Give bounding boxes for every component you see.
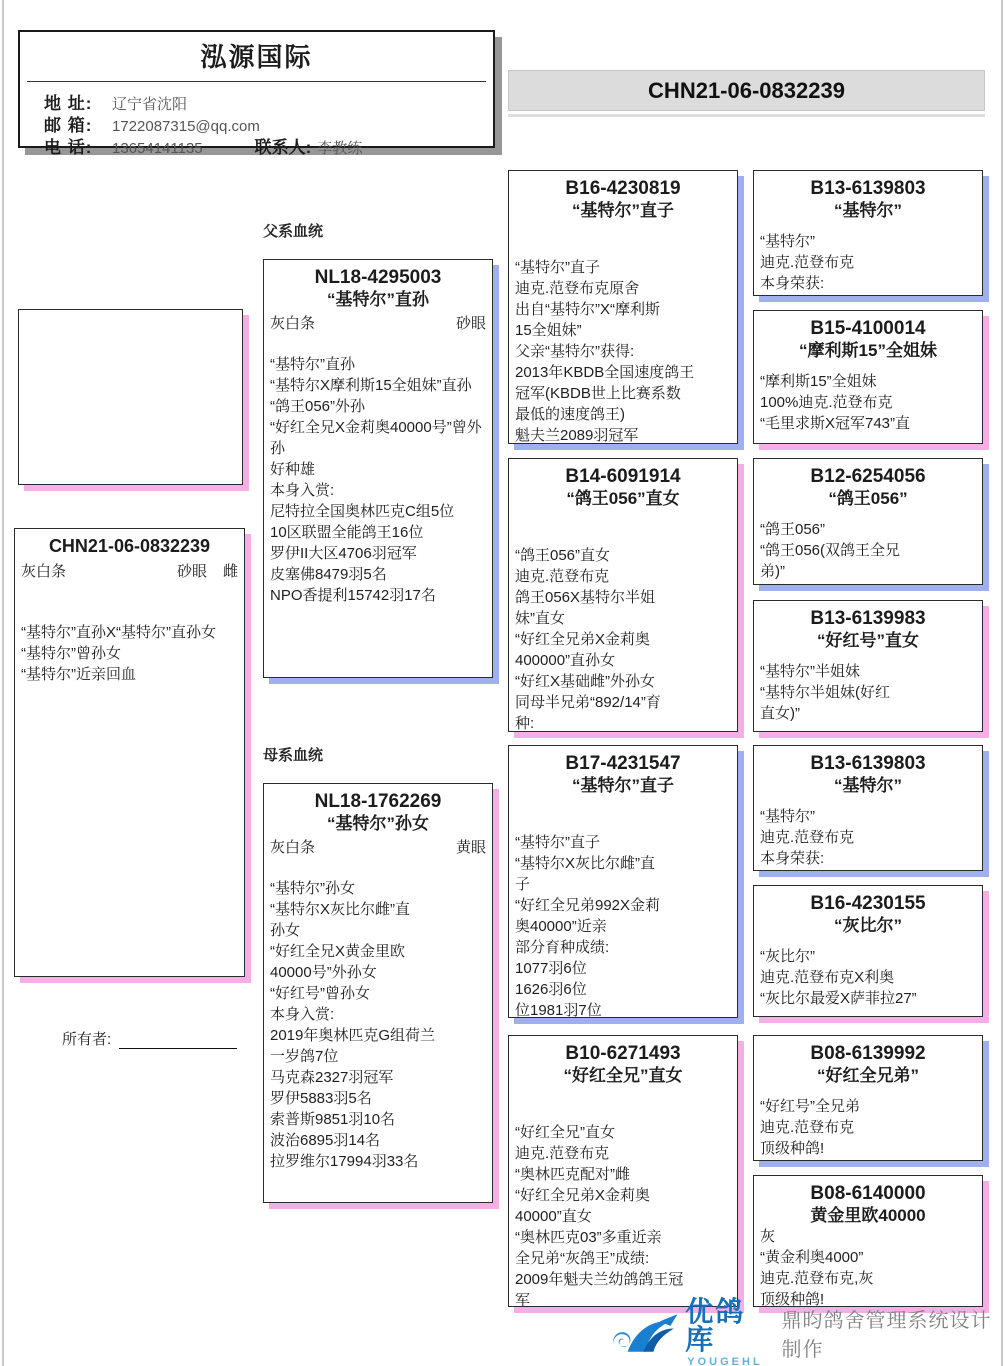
page-right-edge (1001, 0, 1003, 1366)
loft-contact-rows: 地 址: 辽宁省沈阳 邮 箱: 1722087315@qq.com 电 话: 1… (20, 82, 493, 155)
great-grandparent-box-5: B13-6139803 “基特尔” “基特尔” 迪克.范登布克 本身荣获: (753, 745, 983, 871)
description: “好红全兄”直女 迪克.范登布克 “奥林匹克配对”雌 “好红全兄弟X金莉奥 40… (515, 1122, 731, 1311)
ring-number: B15-4100014 (760, 315, 976, 340)
ring-number: B17-4231547 (515, 750, 731, 775)
description: “好红号”全兄弟 迪克.范登布克 顶级种鸽! (760, 1096, 976, 1159)
yougeku-bird-logo-icon (608, 1308, 679, 1358)
pigeon-name: “基特尔”直子 (515, 200, 731, 221)
phone-label: 电 话: (44, 133, 106, 158)
ring-number: B08-6140000 (760, 1180, 976, 1205)
ring-number: B16-4230155 (760, 890, 976, 915)
great-grandparent-box-2: B15-4100014 “摩利斯15”全姐妹 “摩利斯15”全姐妹 100%迪克… (753, 310, 983, 444)
pigeon-name: “基特尔” (760, 775, 976, 796)
pedigree-page: 泓源国际 地 址: 辽宁省沈阳 邮 箱: 1722087315@qq.com 电… (0, 0, 1006, 1366)
pigeon-name: “基特尔” (760, 200, 976, 221)
ring-number: B13-6139803 (760, 750, 976, 775)
father-box: NL18-4295003 “基特尔”直孙 灰白条 砂眼 “基特尔”直孙 “基特尔… (263, 259, 493, 678)
subject-color: 灰白条 (21, 561, 66, 582)
mother-eye: 黄眼 (456, 837, 486, 858)
subject-eye: 砂眼 (177, 561, 207, 582)
description: 灰 “黄金利奥4000” 迪克.范登布克,灰 顶级种鸽! (760, 1226, 976, 1310)
phone-value: 13654141135 (112, 140, 203, 157)
mother-name: “基特尔”孙女 (270, 813, 486, 834)
contact-value: 李教练 (317, 137, 362, 158)
description: “摩利斯15”全姐妹 100%迪克.范登布克 “毛里求斯X冠军743”直 (760, 371, 976, 434)
logo-text-block: 优鸽库 YOUGEHL (685, 1298, 765, 1366)
subject-description: “基特尔”直孙X“基特尔”直孙女 “基特尔”曾孙女 “基特尔”近亲回血 (21, 622, 238, 685)
great-grandparent-box-8: B08-6140000 黄金里欧40000 灰 “黄金利奥4000” 迪克.范登… (753, 1175, 983, 1307)
pigeon-name: 黄金里欧40000 (760, 1205, 976, 1226)
owner-signature-line (119, 1032, 237, 1049)
father-name: “基特尔”直孙 (270, 289, 486, 310)
mother-traits: 灰白条 黄眼 (270, 837, 486, 858)
owner-row: 所有者: (62, 1028, 237, 1049)
maternal-branch-label: 母系血统 (263, 744, 323, 765)
logo-latin-name: YOUGEHL (685, 1357, 765, 1366)
father-description: “基特尔”直孙 “基特尔X摩利斯15全姐妹”直孙 “鸽王056”外孙 “好红全兄… (270, 354, 486, 606)
ring-number: B12-6254056 (760, 463, 976, 488)
subject-sex: 雌 (223, 561, 238, 582)
paternal-branch-label: 父系血统 (263, 220, 323, 241)
pigeon-name: “好红全兄弟” (760, 1065, 976, 1086)
description: “鸽王056” “鸽王056(双鸽王全兄 弟)” (760, 519, 976, 582)
mother-ring-number: NL18-1762269 (270, 788, 486, 813)
pigeon-photo-placeholder (18, 309, 243, 485)
mother-color: 灰白条 (270, 837, 315, 858)
father-eye: 砂眼 (456, 313, 486, 334)
pigeon-name: “好红号”直女 (760, 630, 976, 651)
description: “基特尔” 迪克.范登布克 本身荣获: (760, 806, 976, 869)
description: “基特尔”半姐妹 “基特尔半姐妹(好红 直女)” (760, 661, 976, 724)
ring-number: B13-6139803 (760, 175, 976, 200)
contact-label: 联系人: (255, 133, 312, 158)
subject-ring-number: CHN21-06-0832239 (21, 533, 238, 558)
software-footer: 优鸽库 YOUGEHL 鼎昀鸽舍管理系统设计制作 (608, 1304, 1006, 1362)
great-grandparent-box-7: B08-6139992 “好红全兄弟” “好红号”全兄弟 迪克.范登布克 顶级种… (753, 1035, 983, 1161)
pigeon-name: “好红全兄”直女 (515, 1065, 731, 1086)
grandfather-maternal-box: B17-4231547 “基特尔”直子 “基特尔”直子 “基特尔X灰比尔雌”直 … (508, 745, 738, 1018)
father-traits: 灰白条 砂眼 (270, 313, 486, 334)
father-ring-number: NL18-4295003 (270, 264, 486, 289)
subject-traits: 灰白条 砂眼 雌 (21, 561, 238, 582)
great-grandparent-box-1: B13-6139803 “基特尔” “基特尔” 迪克.范登布克 本身荣获: (753, 170, 983, 296)
mother-description: “基特尔”孙女 “基特尔X灰比尔雌”直 孙女 “好红全兄X黄金里欧 40000号… (270, 878, 486, 1172)
ring-number: B14-6091914 (515, 463, 731, 488)
loft-name: 泓源国际 (20, 32, 493, 74)
ring-number: B16-4230819 (515, 175, 731, 200)
pigeon-name: “基特尔”直子 (515, 775, 731, 796)
loft-info-card: 泓源国际 地 址: 辽宁省沈阳 邮 箱: 1722087315@qq.com 电… (18, 30, 495, 148)
email-value: 1722087315@qq.com (112, 118, 260, 135)
banner-underline (508, 114, 985, 117)
address-value: 辽宁省沈阳 (112, 93, 187, 114)
pigeon-name: “灰比尔” (760, 915, 976, 936)
ring-number: B13-6139983 (760, 605, 976, 630)
great-grandparent-box-3: B12-6254056 “鸽王056” “鸽王056” “鸽王056(双鸽王全兄… (753, 458, 983, 585)
description: “基特尔” 迪克.范登布克 本身荣获: (760, 231, 976, 294)
ring-number: B10-6271493 (515, 1040, 731, 1065)
software-tagline: 鼎昀鸽舍管理系统设计制作 (781, 1304, 1006, 1362)
description: “灰比尔” 迪克.范登布克X利奥 “灰比尔最爱X萨菲拉27” (760, 946, 976, 1009)
great-grandparent-box-4: B13-6139983 “好红号”直女 “基特尔”半姐妹 “基特尔半姐妹(好红 … (753, 600, 983, 732)
owner-label: 所有者: (62, 1028, 111, 1049)
grandfather-paternal-box: B16-4230819 “基特尔”直子 “基特尔”直子 迪克.范登布克原舍 出自… (508, 170, 738, 444)
page-left-edge (2, 0, 4, 1366)
ring-number: B08-6139992 (760, 1040, 976, 1065)
grandmother-paternal-box: B14-6091914 “鸽王056”直女 “鸽王056”直女 迪克.范登布克 … (508, 458, 738, 732)
subject-pigeon-box: CHN21-06-0832239 灰白条 砂眼 雌 “基特尔”直孙X“基特尔”直… (14, 528, 245, 977)
grandmother-maternal-box: B10-6271493 “好红全兄”直女 “好红全兄”直女 迪克.范登布克 “奥… (508, 1035, 738, 1307)
pigeon-name: “鸽王056” (760, 488, 976, 509)
pigeon-name: “摩利斯15”全姐妹 (760, 340, 976, 361)
father-color: 灰白条 (270, 313, 315, 334)
ring-number-banner: CHN21-06-0832239 (508, 70, 985, 111)
logo-chinese-name: 优鸽库 (685, 1298, 765, 1354)
description: “鸽王056”直女 迪克.范登布克 鸽王056X基特尔半姐 妹”直女 “好红全兄… (515, 545, 731, 734)
pigeon-name: “鸽王056”直女 (515, 488, 731, 509)
great-grandparent-box-6: B16-4230155 “灰比尔” “灰比尔” 迪克.范登布克X利奥 “灰比尔最… (753, 885, 983, 1017)
description: “基特尔”直子 迪克.范登布克原舍 出自“基特尔”X“摩利斯 15全姐妹” 父亲… (515, 257, 731, 446)
mother-box: NL18-1762269 “基特尔”孙女 灰白条 黄眼 “基特尔”孙女 “基特尔… (263, 783, 493, 1203)
description: “基特尔”直子 “基特尔X灰比尔雌”直 子 “好红全兄弟992X金莉 奥4000… (515, 832, 731, 1021)
